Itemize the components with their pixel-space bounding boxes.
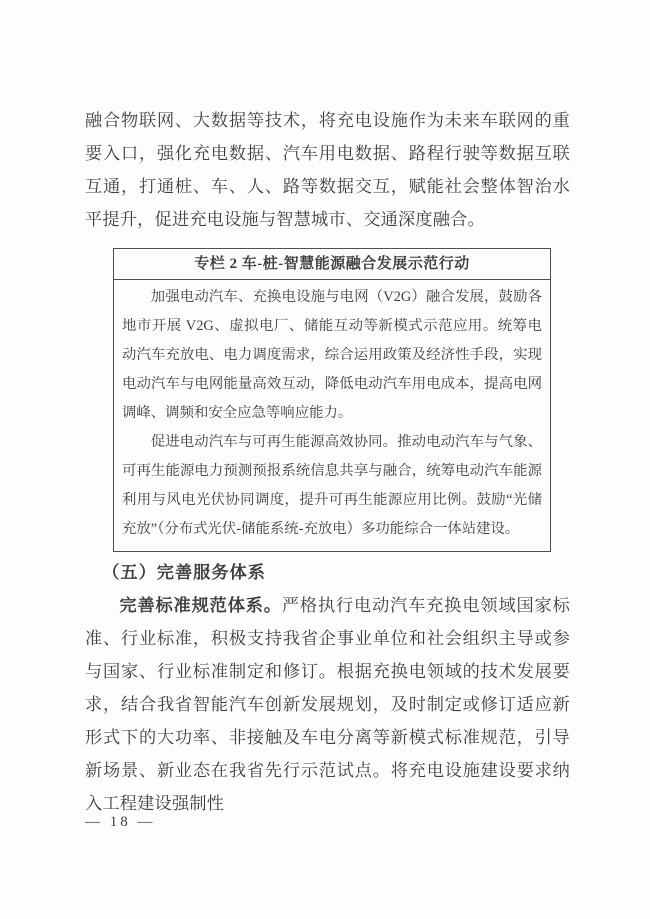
document-page: 融合物联网、大数据等技术，将充电设施作为未来车联网的重要入口，强化充电数据、汽车…: [0, 0, 650, 919]
column-box-title: 专栏 2 车-桩-智慧能源融合发展示范行动: [114, 249, 550, 280]
column-box-paragraph-1: 加强电动汽车、充换电设施与电网（V2G）融合发展，鼓励各地市开展 V2G、虚拟电…: [122, 283, 542, 428]
standards-paragraph: 完善标准规范体系。严格执行电动汽车充换电领域国家标准、行业标准，积极支持我省企事…: [85, 589, 570, 820]
column-box-paragraph-2: 促进电动汽车与可再生能源高效协同。推动电动汽车与气象、可再生能源电力预测预报系统…: [122, 428, 542, 544]
page-number: — 18 —: [85, 814, 156, 831]
section-heading: （五）完善服务体系: [85, 556, 570, 589]
standards-paragraph-lead: 完善标准规范体系。: [119, 596, 281, 615]
standards-paragraph-body: 严格执行电动汽车充换电领域国家标准、行业标准，积极支持我省企事业单位和社会组织主…: [85, 596, 570, 813]
column-box-body: 加强电动汽车、充换电设施与电网（V2G）融合发展，鼓励各地市开展 V2G、虚拟电…: [114, 280, 550, 551]
page-content: 融合物联网、大数据等技术，将充电设施作为未来车联网的重要入口，强化充电数据、汽车…: [85, 0, 570, 820]
column-box: 专栏 2 车-桩-智慧能源融合发展示范行动 加强电动汽车、充换电设施与电网（V2…: [113, 248, 551, 552]
intro-paragraph: 融合物联网、大数据等技术，将充电设施作为未来车联网的重要入口，强化充电数据、汽车…: [85, 104, 570, 236]
